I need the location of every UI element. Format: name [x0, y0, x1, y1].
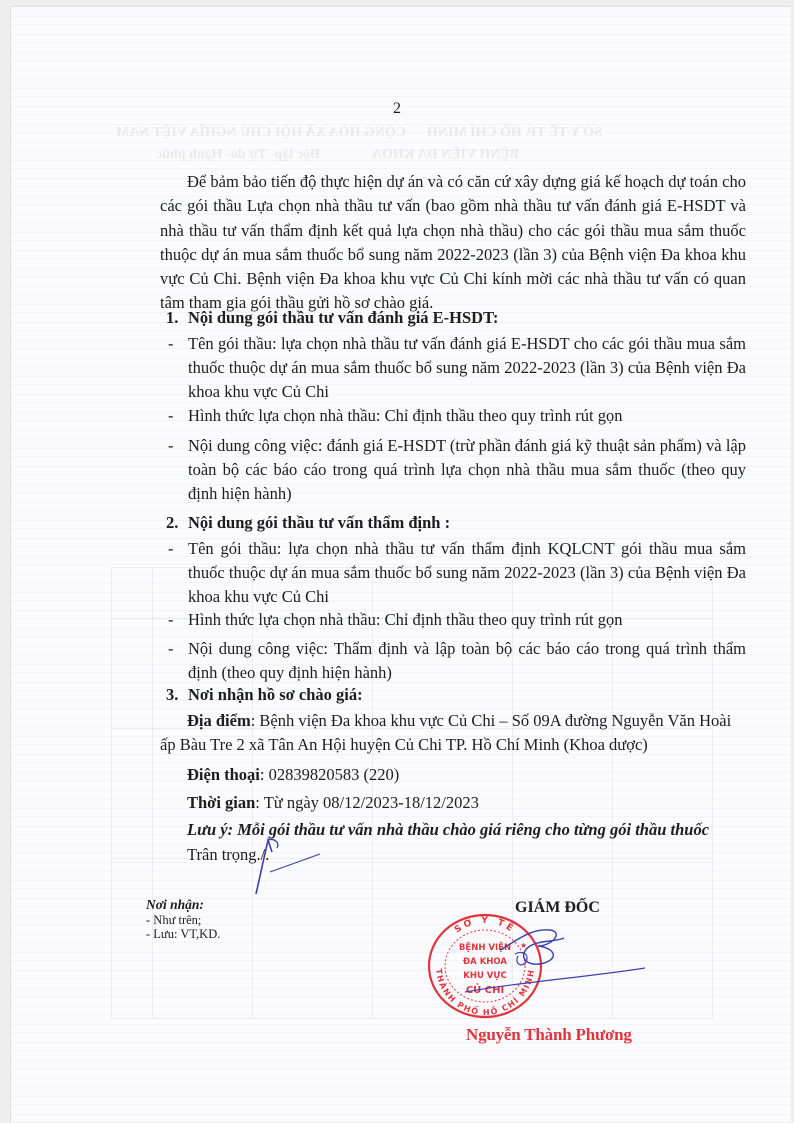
section-title: Nội dung gói thầu tư vấn thẩm định :	[188, 513, 450, 532]
list-item: - Tên gói thầu: lựa chọn nhà thầu tư vấn…	[168, 537, 746, 609]
dash-bullet-icon: -	[168, 404, 174, 428]
section-title: Nơi nhận hồ sơ chào giá:	[188, 685, 363, 704]
official-stamp-icon: SỞ Y TẾ THÀNH PHỐ HỒ CHÍ MINH BỆNH VIỆN …	[426, 912, 544, 1020]
svg-text:SỞ Y TẾ: SỞ Y TẾ	[453, 914, 519, 935]
section-number: 2.	[166, 511, 188, 535]
submission-location: Địa điểm: Bệnh viện Đa khoa khu vực Củ C…	[160, 709, 746, 757]
svg-text:ĐA KHOA: ĐA KHOA	[463, 957, 507, 967]
section-title: Nội dung gói thầu tư vấn đánh giá E-HSDT…	[188, 308, 498, 327]
time-label: Thời gian	[187, 793, 255, 812]
section-heading-3: 3.Nơi nhận hồ sơ chào giá:	[166, 683, 363, 707]
svg-text:BỆNH VIỆN: BỆNH VIỆN	[459, 942, 511, 953]
list-item: - Hình thức lựa chọn nhà thầu: Chỉ định …	[168, 404, 746, 428]
phone-value: : 02839820583 (220)	[260, 765, 399, 784]
recipients-title: Nơi nhận:	[146, 896, 220, 913]
signer-name: Nguyễn Thành Phương	[466, 1023, 632, 1047]
recipient-item: - Như trên;	[146, 913, 220, 927]
intro-paragraph: Để bảm bảo tiến độ thực hiện dự án và có…	[160, 170, 746, 316]
list-item: - Hình thức lựa chọn nhà thầu: Chỉ định …	[168, 608, 746, 632]
svg-text:KHU VỰC: KHU VỰC	[463, 971, 506, 981]
recipient-item: - Lưu: VT,KD.	[146, 927, 220, 941]
dash-bullet-icon: -	[168, 332, 174, 356]
list-item: - Nội dung công việc: Thẩm định và lập t…	[168, 637, 746, 685]
submission-phone: Điện thoại: 02839820583 (220)	[187, 763, 399, 787]
dash-bullet-icon: -	[168, 537, 174, 561]
note: Lưu ý: Mỗi gói thầu tư vấn nhà thầu chào…	[187, 818, 709, 842]
recipients-block: Nơi nhận: - Như trên; - Lưu: VT,KD.	[146, 896, 220, 941]
section-heading-2: 2.Nội dung gói thầu tư vấn thẩm định :	[166, 511, 450, 535]
bleed-through-text: BỆNH VIỆN ĐA KHOA Độc lập- Tự do- Hạnh p…	[156, 147, 519, 163]
submission-time: Thời gian: Từ ngày 08/12/2023-18/12/2023	[187, 791, 479, 815]
dash-bullet-icon: -	[168, 637, 174, 661]
svg-text:★: ★	[520, 941, 527, 950]
dash-bullet-icon: -	[168, 608, 174, 632]
time-value: : Từ ngày 08/12/2023-18/12/2023	[255, 793, 479, 812]
svg-text:CỦ CHI: CỦ CHI	[466, 982, 504, 996]
page-number: 2	[0, 97, 794, 121]
closing: Trân trọng./.	[187, 843, 269, 867]
section-number: 3.	[166, 683, 188, 707]
bleed-through-text: SỞ Y TẾ TP. HỒ CHÍ MINH CỘNG HÒA XÃ HỘI …	[116, 125, 602, 141]
section-number: 1.	[166, 306, 188, 330]
location-label: Địa điểm	[187, 711, 251, 730]
list-item: - Tên gói thầu: lựa chọn nhà thầu tư vấn…	[168, 332, 746, 404]
section-heading-1: 1.Nội dung gói thầu tư vấn đánh giá E-HS…	[166, 306, 498, 330]
phone-label: Điện thoại	[187, 765, 260, 784]
list-item: - Nội dung công việc: đánh giá E-HSDT (t…	[168, 434, 746, 506]
dash-bullet-icon: -	[168, 434, 174, 458]
